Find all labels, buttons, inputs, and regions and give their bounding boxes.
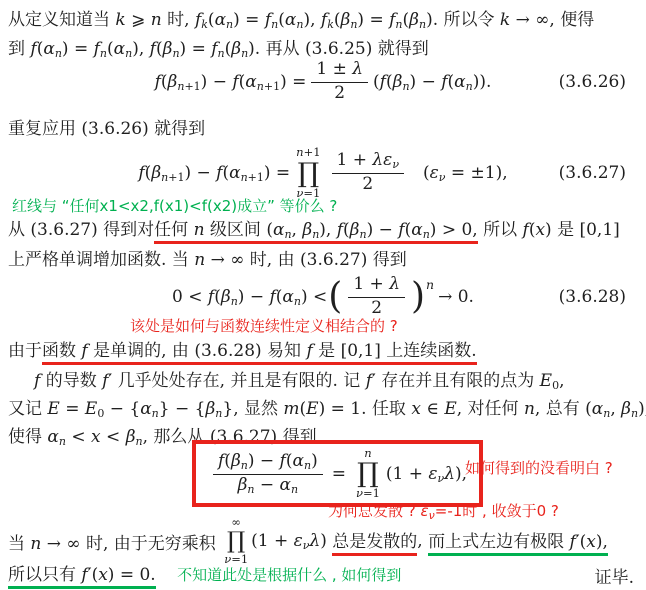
red-highlight-box: f(βn) − f(αn) βn − αn = n ∏ ν=1 (1 + ενλ… <box>192 440 483 507</box>
annotation-red-continuity: 该处是如何与函数连续性定义相结合的 ? <box>130 317 398 335</box>
boxed-fraction-denominator: βn − αn <box>238 475 299 496</box>
body-line-6: f 的导数 f′ 几乎处处存在, 并且是有限的. 记 f′ 存在并且有限的点为 … <box>34 368 565 394</box>
cont-pre: 由于 <box>8 341 42 361</box>
product-symbol: ∏ <box>227 530 245 553</box>
eq26-number: (3.6.26) <box>559 72 626 92</box>
bottom-mid: (1 + ενλ) <box>251 531 332 551</box>
annotation-green-equivalence: 红线与 “任何x1<x2,f(x1)<f(x2)成立” 等价么 ? <box>12 197 337 215</box>
eq27-product: n+1 ∏ ν=1 <box>296 146 320 199</box>
annotation-green-unknown-basis: 不知道此处是根据什么 , 如何得到 <box>177 566 401 584</box>
eq27-fraction-numerator: 1 + λεν <box>332 151 404 174</box>
boxed-fraction: f(βn) − f(αn) βn − αn <box>213 452 323 495</box>
eq28-fraction-denominator: 2 <box>371 298 382 319</box>
right-paren: ) <box>411 279 425 315</box>
bottom-pre: 当 n → ∞ 时, 由于无穷乘积 <box>8 529 221 554</box>
product-symbol: ∏ <box>357 460 379 487</box>
bottom-separator: , <box>417 531 428 551</box>
bottom-red-underlined-text: 总是发散的 <box>332 527 417 556</box>
eq28-limit: → 0. <box>438 287 474 307</box>
eq27-lhs: f(βn+1) − f(αn+1) = <box>138 163 290 183</box>
eq28-lhs: 0 < f(βn) − f(αn) < <box>172 287 327 307</box>
eq27-side-condition: (εν = ±1), <box>423 163 508 183</box>
product-symbol: ∏ <box>298 160 320 187</box>
eq27-fraction: 1 + λεν 2 <box>332 151 404 194</box>
body-line-9: 当 n → ∞ 时, 由于无穷乘积 ∞ ∏ ν=1 (1 + ενλ) 总是发散… <box>8 518 646 564</box>
eq27-fraction-denominator: 2 <box>362 174 373 195</box>
eq26-fraction-numerator: 1 ± λ <box>311 60 368 83</box>
left-paren: ( <box>328 279 342 315</box>
boxed-rhs: (1 + ενλ), <box>386 464 467 484</box>
boxed-product-lower-limit: ν=1 <box>356 487 380 500</box>
boxed-product: n ∏ ν=1 <box>356 447 380 500</box>
eq26-rhs: (f(βn) − f(αn)). <box>373 72 491 92</box>
eq26-lhs: f(βn+1) − f(αn+1) = <box>155 72 307 92</box>
cont-red-underlined-text: 函数 f 是单调的, 由 (3.6.28) 易知 f 是 [0,1] 上连续函数… <box>42 341 477 365</box>
equation-3-6-26: f(βn+1) − f(αn+1) = 1 ± λ 2 (f(βn) − f(α… <box>0 58 646 106</box>
p2-red-underlined-text: 任何 n 级区间 (αn, βn), f(βn) − f(αn) > 0, <box>154 220 478 244</box>
annotation-red-how-obtained: 如何得到的没看明白 ? <box>465 459 613 477</box>
p2-pre: 从 (3.6.27) 得到对 <box>8 220 154 240</box>
conclusion-green-underlined-text: 所以只有 f′(x) = 0. <box>8 565 156 589</box>
qed-mark: 证毕. <box>595 563 634 588</box>
body-line-5: 由于函数 f 是单调的, 由 (3.6.28) 易知 f 是 [0,1] 上连续… <box>8 338 477 364</box>
p2-post: 所以 f(x) 是 [0,1] <box>478 220 620 240</box>
eq28-exponent: n <box>426 277 434 292</box>
boxed-equals: = <box>332 464 346 484</box>
eq26-fraction-denominator: 2 <box>334 83 345 104</box>
body-line-4: 上严格单调增加函数. 当 n → ∞ 时, 由 (3.6.27) 得到 <box>8 247 407 273</box>
boxed-fraction-numerator: f(βn) − f(αn) <box>213 452 323 475</box>
eq26-fraction: 1 ± λ 2 <box>311 60 368 103</box>
body-line-repeat: 重复应用 (3.6.26) 就得到 <box>8 116 205 142</box>
eq28-fraction-numerator: 1 + λ <box>348 275 405 298</box>
body-line-3: 从 (3.6.27) 得到对任何 n 级区间 (αn, βn), f(βn) −… <box>8 217 620 243</box>
equation-3-6-28: 0 < f(βn) − f(αn) < ( 1 + λ 2 ) n → 0. (… <box>0 272 646 322</box>
eq28-fraction: 1 + λ 2 <box>348 275 405 318</box>
body-line-7: 又记 E = E0 − {αn} − {βn}, 显然 m(E) = 1. 任取… <box>8 396 646 422</box>
body-line-1: 从定义知道当 k ⩾ n 时, fk(αn) = fn(αn), fk(βn) … <box>8 7 594 33</box>
eq28-number: (3.6.28) <box>559 287 626 307</box>
textbook-page: 从定义知道当 k ⩾ n 时, fk(αn) = fn(αn), fk(βn) … <box>0 0 646 590</box>
bottom-product: ∞ ∏ ν=1 <box>224 516 248 565</box>
bottom-green-underlined-text: 而上式左边有极限 f′(x), <box>428 527 608 556</box>
body-line-10: 所以只有 f′(x) = 0. 不知道此处是根据什么 , 如何得到 <box>8 562 401 588</box>
eq27-number: (3.6.27) <box>559 163 626 183</box>
